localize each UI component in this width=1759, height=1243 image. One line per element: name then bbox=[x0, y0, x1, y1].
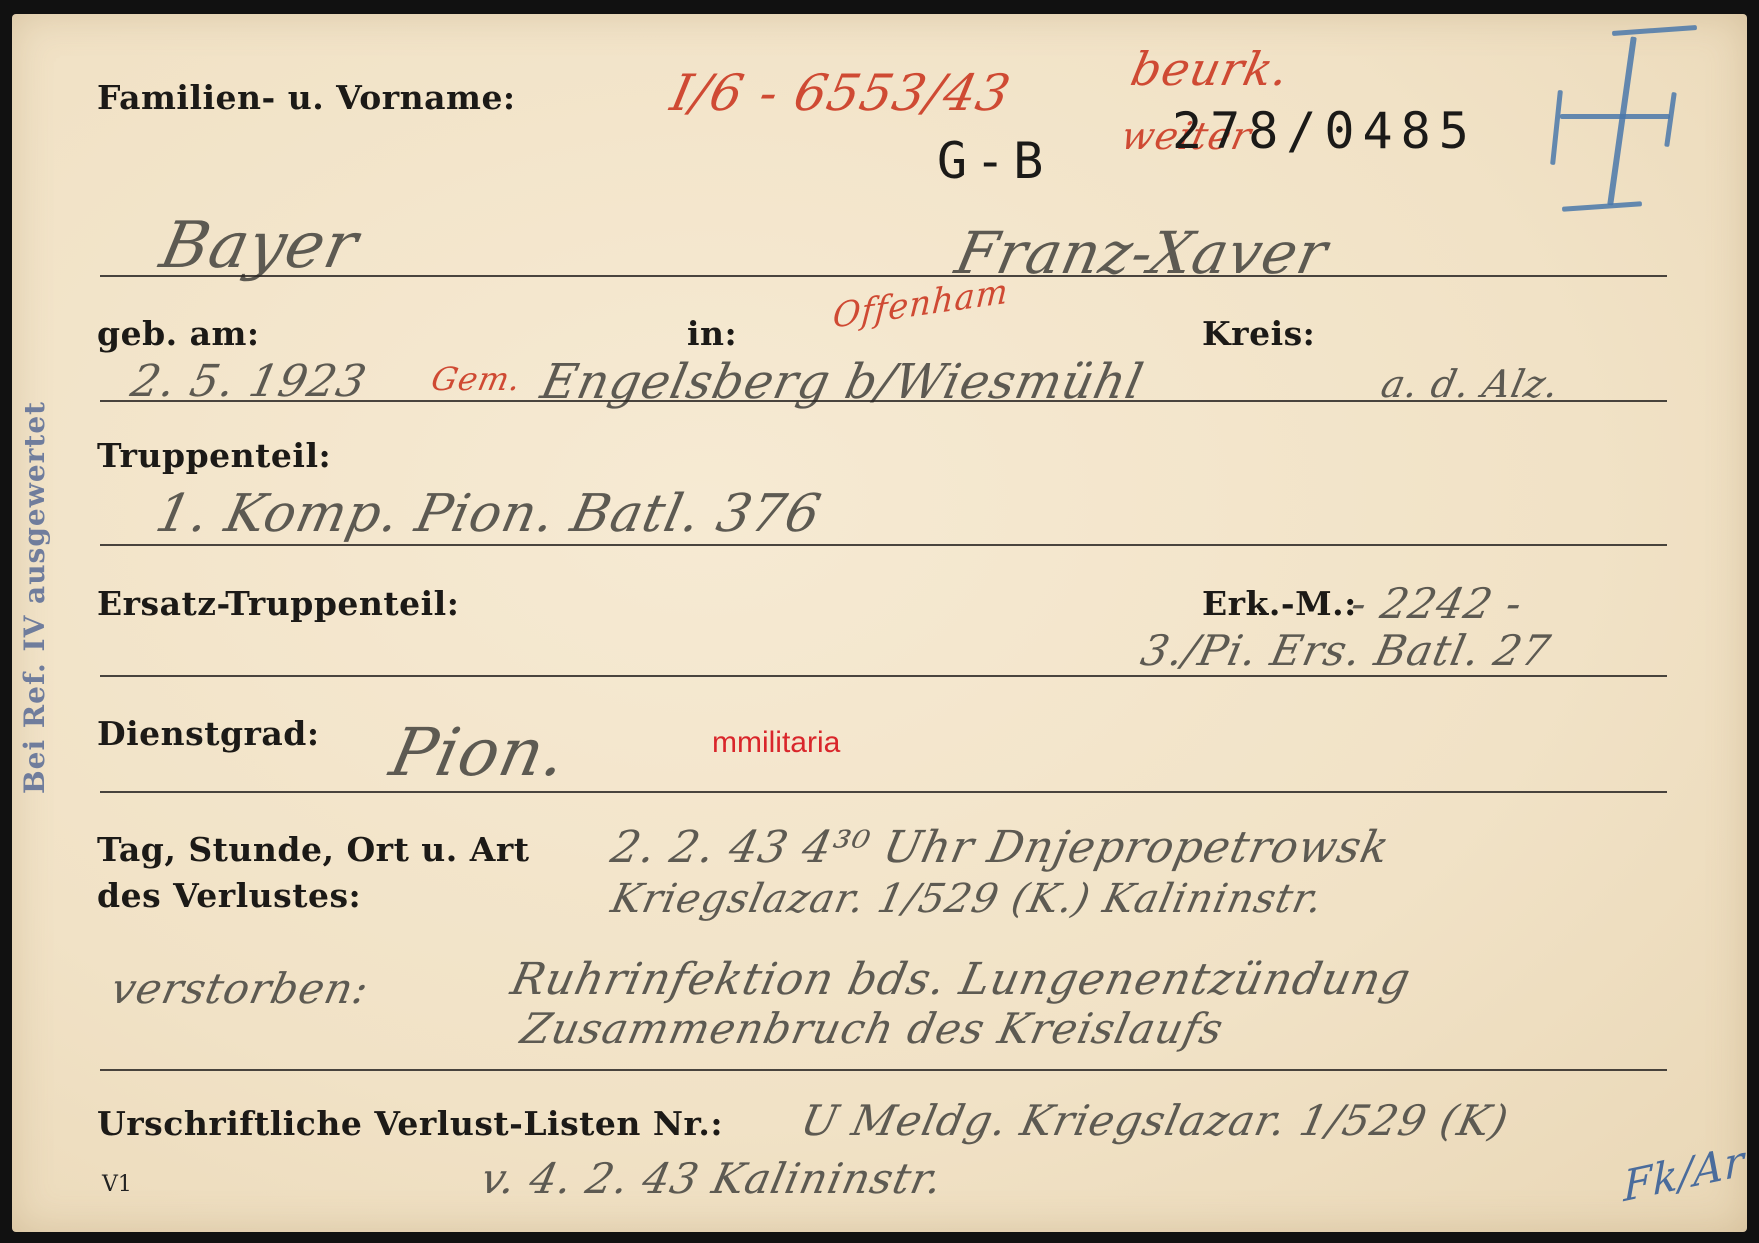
unit-value: 1. Komp. Pion. Batl. 376 bbox=[151, 484, 827, 544]
blue-initials: Fk/Ar bbox=[1623, 1136, 1744, 1212]
divider bbox=[100, 791, 1667, 793]
form-code: V1 bbox=[102, 1172, 132, 1197]
death-line-1: Ruhrinfektion bds. Lungenentzündung bbox=[507, 954, 1416, 1005]
name-label: Familien- u. Vorname: bbox=[97, 78, 516, 117]
birthplace-red-correction: Offenham bbox=[831, 271, 1010, 336]
divider bbox=[100, 544, 1667, 546]
loss-list-line-2: v. 4. 2. 43 Kalininstr. bbox=[477, 1154, 948, 1203]
surname: Bayer bbox=[154, 209, 365, 283]
erk-unit: 3./Pi. Ers. Batl. 27 bbox=[1137, 626, 1555, 675]
loss-line-1: 2. 2. 43 4³⁰ Uhr Dnjepropetrowsk bbox=[607, 822, 1395, 873]
rank-value: Pion. bbox=[384, 714, 574, 791]
typed-number: 278/0485 bbox=[1172, 102, 1477, 160]
loss-list-label: Urschriftliche Verlust-Listen Nr.: bbox=[97, 1104, 723, 1143]
typed-prefix: G-B bbox=[937, 132, 1051, 190]
erk-number: - 2242 - bbox=[1347, 579, 1527, 628]
loss-list-line-1: U Meldg. Kriegslazar. 1/529 (K) bbox=[797, 1096, 1513, 1145]
divider bbox=[100, 400, 1667, 402]
erk-label: Erk.-M.: bbox=[1202, 584, 1357, 623]
death-label: verstorben: bbox=[107, 964, 374, 1013]
kreis-label: Kreis: bbox=[1202, 314, 1315, 353]
birthplace-red-prefix: Gem. bbox=[428, 360, 525, 398]
casualty-index-card: Bei Ref. IV ausgewertet Familien- u. Vor… bbox=[12, 14, 1747, 1232]
loss-label-line2: des Verlustes: bbox=[97, 876, 361, 915]
death-line-2: Zusammenbruch des Kreislaufs bbox=[517, 1004, 1228, 1053]
divider bbox=[100, 275, 1667, 277]
red-file-number: I/6 - 6553/43 bbox=[666, 64, 1016, 122]
loss-label-line1: Tag, Stunde, Ort u. Art bbox=[97, 830, 530, 869]
birthplace-label: in: bbox=[687, 314, 737, 353]
unit-label: Truppenteil: bbox=[97, 436, 331, 475]
divider bbox=[100, 1069, 1667, 1071]
watermark: mmilitaria bbox=[712, 726, 840, 760]
rank-label: Dienstgrad: bbox=[97, 714, 320, 753]
loss-line-2: Kriegslazar. 1/529 (K.) Kalininstr. bbox=[607, 876, 1327, 922]
red-note-beurk: beurk. bbox=[1126, 42, 1294, 96]
evaluation-stamp: Bei Ref. IV ausgewertet bbox=[18, 401, 51, 794]
birth-date-label: geb. am: bbox=[97, 314, 260, 353]
replacement-unit-label: Ersatz-Truppenteil: bbox=[97, 584, 459, 623]
divider bbox=[100, 675, 1667, 677]
